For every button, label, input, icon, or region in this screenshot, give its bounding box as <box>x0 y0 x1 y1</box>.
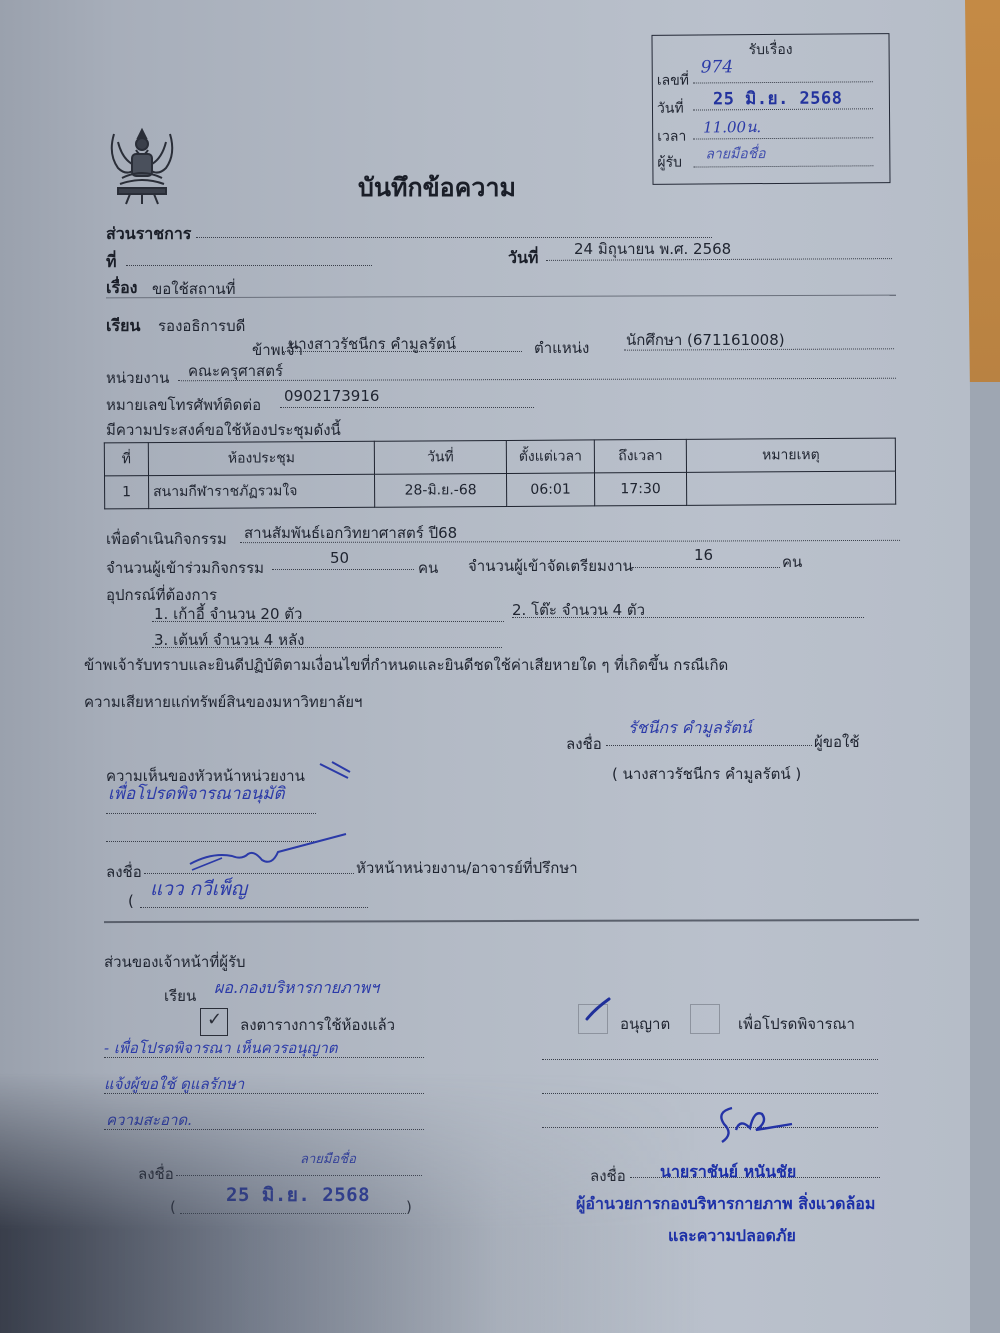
receiver-signature: ลายมือชื่อ <box>300 1148 356 1169</box>
staff-unit: คน <box>782 550 802 574</box>
position-label: ตำแหน่ง <box>534 336 589 360</box>
agency-field <box>196 224 712 238</box>
position-value: นักศึกษา (671161008) <box>626 328 785 352</box>
head-sign-label: ลงชื่อ <box>106 860 142 884</box>
phone-value: 0902173916 <box>284 387 379 405</box>
receiver-name-close: ) <box>406 1198 412 1216</box>
receiver-note-3: ความสะอาด. <box>106 1108 192 1132</box>
unit-value: คณะครุศาสตร์ <box>188 359 283 383</box>
receiver-sign-label: ลงชื่อ <box>138 1162 174 1186</box>
staff-value: 16 <box>694 546 713 564</box>
cell-no: 1 <box>105 476 149 509</box>
cell-start-time: 06:01 <box>506 473 594 507</box>
memo-paper: รับเรื่อง เลขที่ 974 วันที่ 25 มิ.ย. 256… <box>0 0 970 1333</box>
table-row: 1 สนามกีฬาราชภัฏรวมใจ 28-มิ.ย.-68 06:01 … <box>105 471 896 509</box>
receipt-receiver-signature: ลายมือชื่อ <box>705 143 765 165</box>
receipt-number-value: 974 <box>701 57 734 77</box>
consider-checkbox[interactable] <box>690 1004 720 1034</box>
receipt-stamp-box: รับเรื่อง เลขที่ 974 วันที่ 25 มิ.ย. 256… <box>651 33 890 185</box>
cell-end-time: 17:30 <box>594 472 686 506</box>
director-signature-scribble-icon <box>710 1100 800 1150</box>
director-title-2: และความปลอดภัย <box>668 1224 796 1249</box>
receipt-time-value: 11.00น. <box>703 115 761 139</box>
approve-label: อนุญาต <box>620 1012 670 1036</box>
head-handwritten-name: แวว กวีเพ็ญ <box>150 874 247 904</box>
purpose-value: สานสัมพันธ์เอกวิทยาศาสตร์ ปี68 <box>244 521 457 545</box>
date-label: วันที่ <box>508 246 538 271</box>
section-divider <box>104 919 919 923</box>
applicant-printed-name: ( นางสาวรัชนีกร คำมูลรัตน์ ) <box>612 762 801 786</box>
receipt-number-label: เลขที่ <box>657 70 689 92</box>
scheduled-label: ลงตารางการใช้ห้องแล้ว <box>240 1013 395 1037</box>
col-no: ที่ <box>104 443 148 476</box>
col-remarks: หมายเหตุ <box>686 438 895 472</box>
receiver-note-2: แจ้งผู้ขอใช้ ดูแลรักษา <box>104 1072 244 1096</box>
receiver-section-title: ส่วนของเจ้าหน้าที่ผู้รับ <box>104 950 246 974</box>
head-opinion-comment: เพื่อโปรดพิจารณาอนุมัติ <box>108 780 285 807</box>
table-header-row: ที่ ห้องประชุม วันที่ ตั้งแต่เวลา ถึงเวล… <box>104 438 895 476</box>
garuda-emblem-icon <box>104 124 180 206</box>
to-label: เรียน <box>106 314 140 339</box>
staff-label: จำนวนผู้เข้าจัดเตรียมงาน <box>468 554 633 578</box>
phone-label: หมายเลขโทรศัพท์ติดต่อ <box>106 393 261 417</box>
equipment-item-2: 2. โต๊ะ จำนวน 4 ตัว <box>512 598 645 622</box>
participants-label: จำนวนผู้เข้าร่วมกิจกรรม <box>106 556 264 580</box>
head-signature-scribble-icon <box>182 830 352 880</box>
ref-field <box>126 252 372 266</box>
scheduled-checkbox[interactable]: ✓ <box>200 1008 228 1036</box>
agency-label: ส่วนราชการ <box>106 222 191 247</box>
director-name: นายราชันย์ หนันชัย <box>660 1160 796 1185</box>
cell-room: สนามกีฬาราชภัฏรวมใจ <box>149 474 375 508</box>
consider-label: เพื่อโปรดพิจารณา <box>738 1012 855 1036</box>
participants-value: 50 <box>330 549 349 567</box>
head-name-open: ( <box>128 892 134 910</box>
intent-text: มีความประสงค์ขอใช้ห้องประชุมดังนี้ <box>106 418 341 442</box>
equipment-item-1: 1. เก้าอี้ จำนวน 20 ตัว <box>154 602 302 626</box>
page-title: บันทึกข้อความ <box>358 168 516 208</box>
applicant-signature: รัชนีกร คำมูลรัตน์ <box>628 716 752 741</box>
applicant-sign-label: ลงชื่อ <box>566 732 602 756</box>
unit-label: หน่วยงาน <box>106 366 169 390</box>
ref-label: ที่ <box>106 250 117 275</box>
receipt-title: รับเรื่อง <box>653 38 889 62</box>
director-title-1: ผู้อำนวยการกองบริหารกายภาพ สิ่งแวดล้อม <box>576 1192 875 1217</box>
check-icon <box>581 995 613 1027</box>
rooms-table: ที่ ห้องประชุม วันที่ ตั้งแต่เวลา ถึงเวล… <box>104 438 896 510</box>
to-value: รองอธิการบดี <box>158 314 245 338</box>
cell-remarks <box>686 471 895 505</box>
cell-date: 28-มิ.ย.-68 <box>375 473 507 507</box>
equipment-item-3: 3. เต้นท์ จำนวน 4 หลัง <box>154 628 304 652</box>
head-role: หัวหน้าหน่วยงาน/อาจารย์ที่ปรึกษา <box>356 856 578 880</box>
receipt-date-stamp: 25 มิ.ย. 2568 <box>713 85 843 113</box>
applicant-role: ผู้ขอใช้ <box>814 730 860 754</box>
receiver-to-handwritten: ผอ.กองบริหารกายภาพฯ <box>214 976 379 1001</box>
col-end-time: ถึงเวลา <box>594 439 686 473</box>
col-start-time: ตั้งแต่เวลา <box>506 440 594 474</box>
date-value: 24 มิถุนายน พ.ศ. 2568 <box>574 237 731 261</box>
agreement-line-2: ความเสียหายแก่ทรัพย์สินของมหาวิทยาลัยฯ <box>84 690 362 714</box>
receipt-receiver-label: ผู้รับ <box>657 152 682 174</box>
receiver-to-label: เรียน <box>164 984 196 1008</box>
participants-unit: คน <box>418 556 438 580</box>
check-icon: ✓ <box>207 1009 222 1030</box>
col-date: วันที่ <box>374 440 506 474</box>
purpose-label: เพื่อดำเนินกิจกรรม <box>106 527 227 551</box>
director-sign-label: ลงชื่อ <box>590 1164 626 1188</box>
agreement-line-1: ข้าพเจ้ารับทราบและยินดีปฏิบัติตามเงื่อนไ… <box>84 653 728 677</box>
receiver-name-open: ( <box>170 1198 176 1216</box>
receipt-time-label: เวลา <box>657 126 686 148</box>
applicant-name: นางสาวรัชนีกร คำมูลรัตน์ <box>288 332 456 356</box>
receipt-date-label: วันที่ <box>657 98 684 120</box>
receiver-note-1: - เพื่อโปรดพิจารณา เห็นควรอนุญาต <box>104 1036 338 1060</box>
approve-checkbox[interactable] <box>578 1004 608 1034</box>
ink-mark-icon <box>318 758 352 784</box>
col-room: ห้องประชุม <box>148 441 374 475</box>
